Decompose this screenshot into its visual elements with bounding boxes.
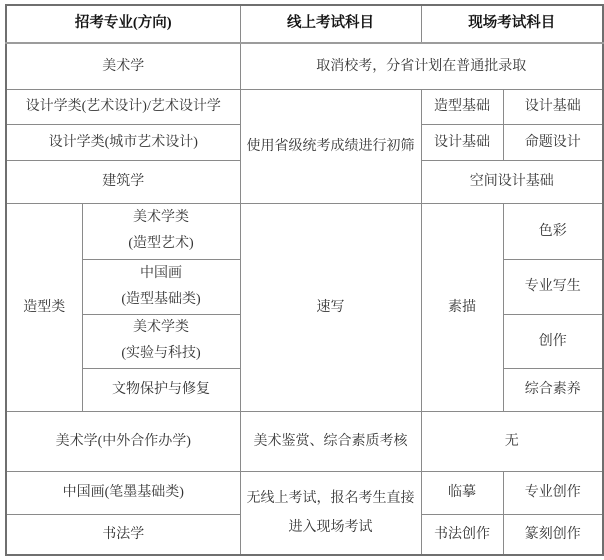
cell-onsite-architecture: 空间设计基础 xyxy=(421,160,603,203)
cell-onsite2-calligraphy: 篆刻创作 xyxy=(503,514,603,555)
row-modeling-plastic-arts: 造型类 美术学类 (造型艺术) 速写 素描 色彩 xyxy=(6,203,603,259)
row-ink-painting: 中国画(笔墨基础类) 无线上考试，报名考生直接 进入现场考试 临摹 专业创作 xyxy=(6,471,603,514)
cell-major-relic-restoration: 文物保护与修复 xyxy=(82,368,240,411)
cell-onsite1-design-art: 造型基础 xyxy=(421,89,503,124)
cell-onsite-joint-program: 无 xyxy=(421,411,603,471)
cell-online-calligraphy-group: 无线上考试，报名考生直接 进入现场考试 xyxy=(240,471,421,555)
online-note-line-2: 进入现场考试 xyxy=(243,513,419,542)
major-line-2: (造型艺术) xyxy=(85,231,238,257)
cell-onsite2-relic-restoration: 综合素养 xyxy=(503,368,603,411)
cell-major-joint-program: 美术学(中外合作办学) xyxy=(6,411,240,471)
cell-note-fine-arts: 取消校考，分省计划在普通批录取 xyxy=(240,43,603,89)
major-line-1: 美术学类 xyxy=(85,315,238,341)
admission-exam-table-wrap: 招考专业(方向) 线上考试科目 现场考试科目 美术学 取消校考，分省计划在普通批… xyxy=(5,4,604,556)
major-line-1: 中国画 xyxy=(85,261,238,287)
header-onsite-col: 现场考试科目 xyxy=(421,5,603,43)
cell-major-design-city: 设计学类(城市艺术设计) xyxy=(6,124,240,160)
online-note-line-1: 无线上考试，报名考生直接 xyxy=(243,484,419,513)
major-line-2: (实验与科技) xyxy=(85,341,238,367)
cell-onsite2-experiment-tech: 创作 xyxy=(503,314,603,368)
cell-onsite2-design-art: 设计基础 xyxy=(503,89,603,124)
cell-online-design-group: 使用省级统考成绩进行初筛 xyxy=(240,89,421,203)
admission-exam-table: 招考专业(方向) 线上考试科目 现场考试科目 美术学 取消校考，分省计划在普通批… xyxy=(5,4,604,556)
cell-online-joint-program: 美术鉴赏、综合素质考核 xyxy=(240,411,421,471)
cell-onsite1-design-city: 设计基础 xyxy=(421,124,503,160)
cell-onsite2-design-city: 命题设计 xyxy=(503,124,603,160)
cell-major-design-art: 设计学类(艺术设计)/艺术设计学 xyxy=(6,89,240,124)
cell-group-modeling: 造型类 xyxy=(6,203,82,411)
cell-major-chinese-painting: 中国画 (造型基础类) xyxy=(82,259,240,314)
cell-onsite1-modeling: 素描 xyxy=(421,203,503,411)
major-line-1: 美术学类 xyxy=(85,205,238,231)
header-major-col: 招考专业(方向) xyxy=(6,5,240,43)
cell-onsite2-ink-painting: 专业创作 xyxy=(503,471,603,514)
row-joint-program: 美术学(中外合作办学) 美术鉴赏、综合素质考核 无 xyxy=(6,411,603,471)
header-row: 招考专业(方向) 线上考试科目 现场考试科目 xyxy=(6,5,603,43)
cell-major-ink-painting: 中国画(笔墨基础类) xyxy=(6,471,240,514)
cell-major-experiment-tech: 美术学类 (实验与科技) xyxy=(82,314,240,368)
cell-online-modeling: 速写 xyxy=(240,203,421,411)
cell-onsite1-calligraphy: 书法创作 xyxy=(421,514,503,555)
cell-major-plastic-arts: 美术学类 (造型艺术) xyxy=(82,203,240,259)
cell-onsite2-plastic-arts: 色彩 xyxy=(503,203,603,259)
cell-major-fine-arts: 美术学 xyxy=(6,43,240,89)
cell-onsite1-ink-painting: 临摹 xyxy=(421,471,503,514)
cell-onsite2-chinese-painting: 专业写生 xyxy=(503,259,603,314)
major-line-2: (造型基础类) xyxy=(85,287,238,313)
header-online-col: 线上考试科目 xyxy=(240,5,421,43)
row-fine-arts: 美术学 取消校考，分省计划在普通批录取 xyxy=(6,43,603,89)
row-design-art: 设计学类(艺术设计)/艺术设计学 使用省级统考成绩进行初筛 造型基础 设计基础 xyxy=(6,89,603,124)
cell-major-architecture: 建筑学 xyxy=(6,160,240,203)
cell-major-calligraphy: 书法学 xyxy=(6,514,240,555)
